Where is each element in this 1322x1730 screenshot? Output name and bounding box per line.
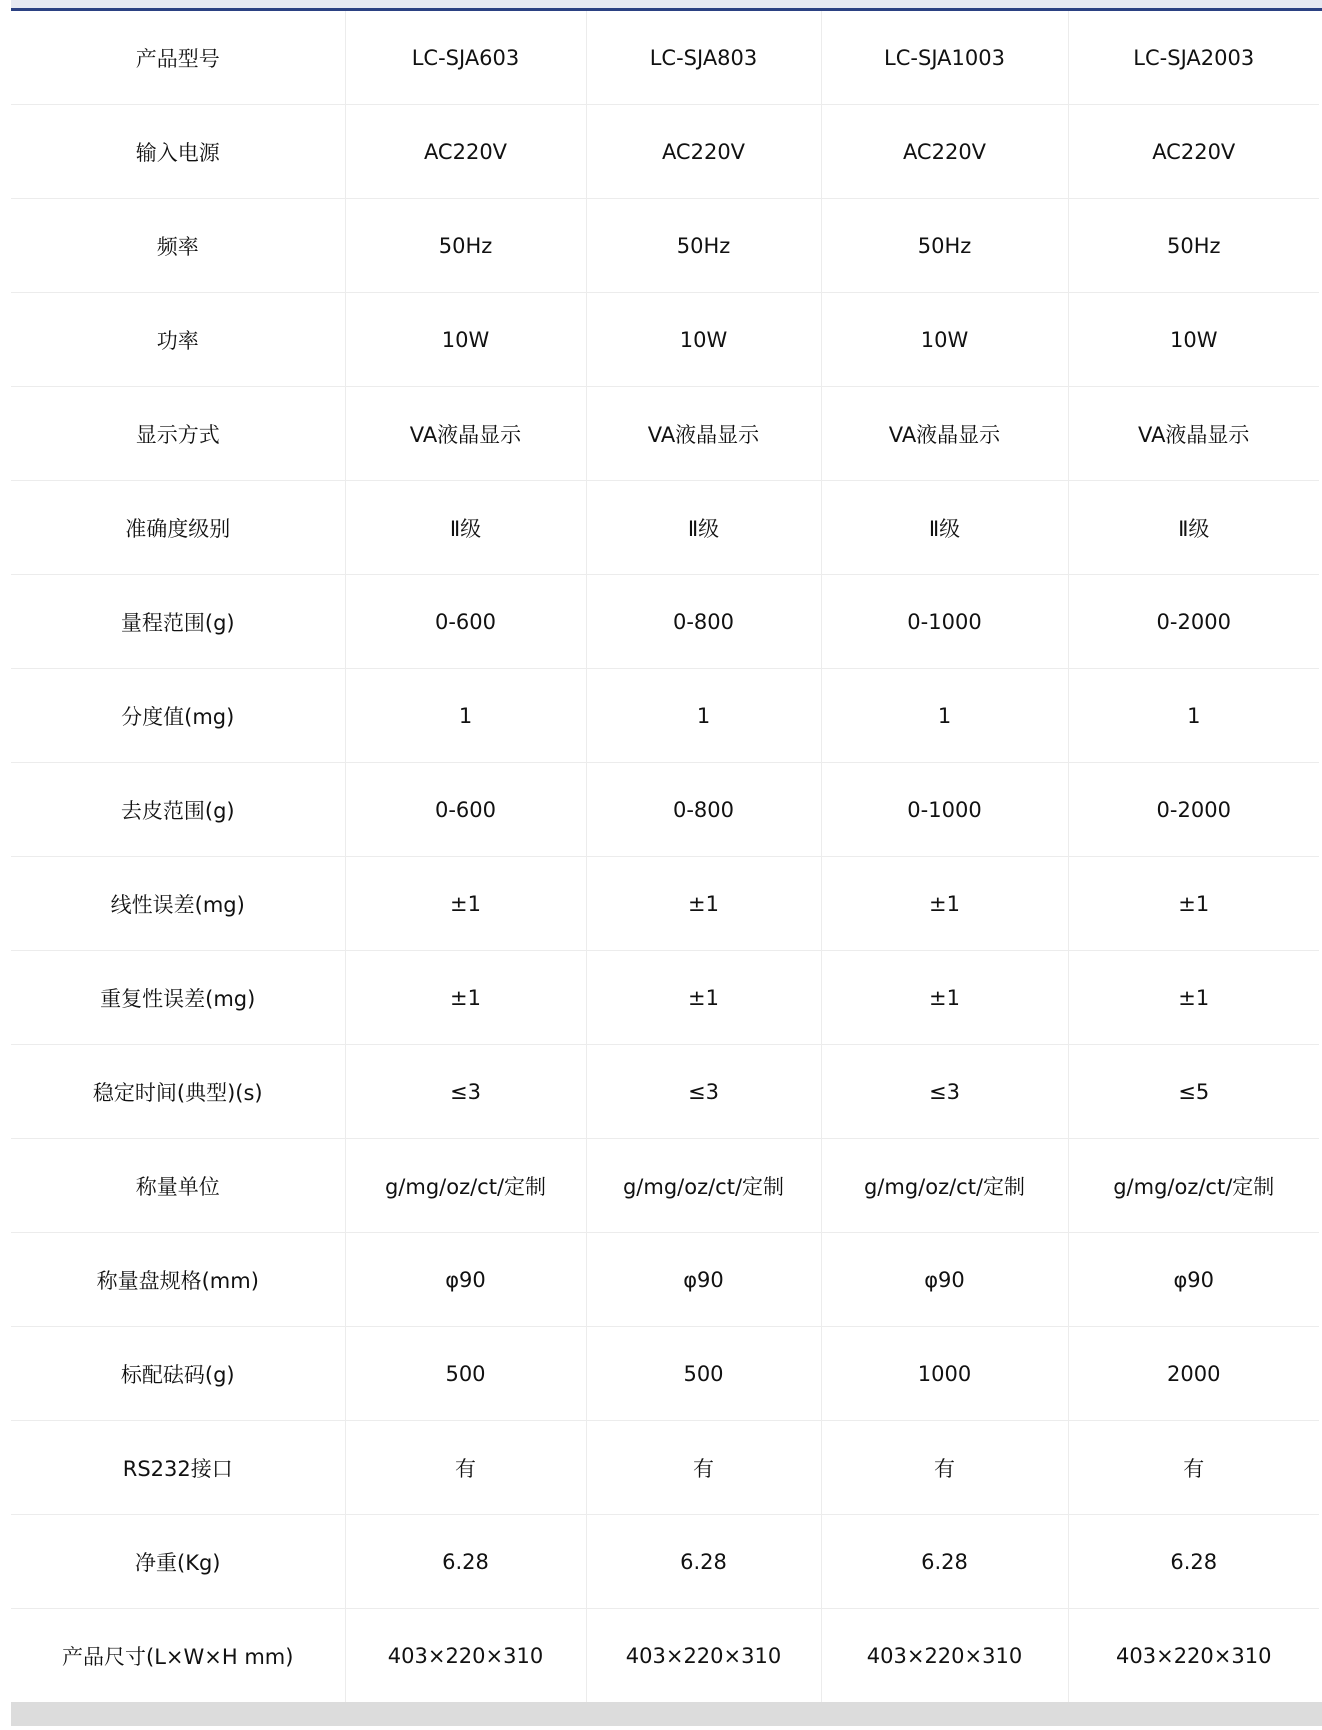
table-cell: g/mg/oz/ct/定制 [1068,1139,1319,1233]
table-cell: 0-800 [586,575,821,669]
table-cell: ±1 [1068,857,1319,951]
table-cell: LC-SJA1003 [821,11,1068,105]
table-cell: 6.28 [1068,1515,1319,1609]
row-label: 称量盘规格(mm) [11,1233,345,1327]
table-row: 显示方式VA液晶显示VA液晶显示VA液晶显示VA液晶显示 [11,387,1319,481]
row-label: 量程范围(g) [11,575,345,669]
table-cell: 403×220×310 [586,1609,821,1703]
row-label: 称量单位 [11,1139,345,1233]
table-cell: φ90 [586,1233,821,1327]
row-label: 重复性误差(mg) [11,951,345,1045]
table-cell: 有 [1068,1421,1319,1515]
table-cell: 500 [345,1327,586,1421]
table-cell: ±1 [345,951,586,1045]
table-cell: 10W [821,293,1068,387]
row-label: 净重(Kg) [11,1515,345,1609]
table-cell: 0-1000 [821,575,1068,669]
table-cell: 1000 [821,1327,1068,1421]
row-label: 产品尺寸(L×W×H mm) [11,1609,345,1703]
table-cell: 2000 [1068,1327,1319,1421]
table-row: 稳定时间(典型)(s)≤3≤3≤3≤5 [11,1045,1319,1139]
row-label: 去皮范围(g) [11,763,345,857]
table-cell: g/mg/oz/ct/定制 [821,1139,1068,1233]
table-cell: 6.28 [345,1515,586,1609]
row-label: 频率 [11,199,345,293]
spec-table-body: 产品型号LC-SJA603LC-SJA803LC-SJA1003LC-SJA20… [11,11,1319,1703]
table-cell: 50Hz [1068,199,1319,293]
row-label: RS232接口 [11,1421,345,1515]
bottom-bar [11,1702,1322,1726]
spec-table: 产品型号LC-SJA603LC-SJA803LC-SJA1003LC-SJA20… [11,11,1319,1703]
table-cell: 6.28 [586,1515,821,1609]
table-cell: Ⅱ级 [345,481,586,575]
table-row: 重复性误差(mg)±1±1±1±1 [11,951,1319,1045]
row-label: 准确度级别 [11,481,345,575]
table-cell: LC-SJA2003 [1068,11,1319,105]
table-cell: 0-600 [345,575,586,669]
table-cell: 10W [586,293,821,387]
table-cell: Ⅱ级 [821,481,1068,575]
table-cell: AC220V [345,105,586,199]
table-row: 净重(Kg)6.286.286.286.28 [11,1515,1319,1609]
table-cell: VA液晶显示 [586,387,821,481]
table-cell: 有 [586,1421,821,1515]
row-label: 稳定时间(典型)(s) [11,1045,345,1139]
table-row: 准确度级别Ⅱ级Ⅱ级Ⅱ级Ⅱ级 [11,481,1319,575]
table-cell: 50Hz [821,199,1068,293]
table-cell: ±1 [586,857,821,951]
table-cell: 403×220×310 [821,1609,1068,1703]
table-cell: ≤3 [586,1045,821,1139]
row-label: 显示方式 [11,387,345,481]
table-cell: LC-SJA803 [586,11,821,105]
table-cell: 0-1000 [821,763,1068,857]
row-label: 产品型号 [11,11,345,105]
table-row: 称量单位g/mg/oz/ct/定制g/mg/oz/ct/定制g/mg/oz/ct… [11,1139,1319,1233]
row-label: 线性误差(mg) [11,857,345,951]
table-cell: ±1 [1068,951,1319,1045]
table-cell: 1 [821,669,1068,763]
table-cell: φ90 [821,1233,1068,1327]
table-row: 功率10W10W10W10W [11,293,1319,387]
table-cell: φ90 [345,1233,586,1327]
table-cell: AC220V [586,105,821,199]
table-cell: 1 [345,669,586,763]
table-cell: φ90 [1068,1233,1319,1327]
table-cell: 6.28 [821,1515,1068,1609]
top-band [11,0,1322,8]
table-row: 称量盘规格(mm)φ90φ90φ90φ90 [11,1233,1319,1327]
table-cell: 10W [1068,293,1319,387]
table-cell: 0-2000 [1068,575,1319,669]
table-row: 分度值(mg)1111 [11,669,1319,763]
table-row: 产品型号LC-SJA603LC-SJA803LC-SJA1003LC-SJA20… [11,11,1319,105]
table-row: RS232接口有有有有 [11,1421,1319,1515]
table-cell: 500 [586,1327,821,1421]
row-label: 分度值(mg) [11,669,345,763]
table-cell: 10W [345,293,586,387]
table-cell: 1 [1068,669,1319,763]
table-cell: ≤3 [821,1045,1068,1139]
table-cell: Ⅱ级 [1068,481,1319,575]
table-row: 线性误差(mg)±1±1±1±1 [11,857,1319,951]
table-cell: 403×220×310 [345,1609,586,1703]
table-cell: 0-2000 [1068,763,1319,857]
table-cell: g/mg/oz/ct/定制 [586,1139,821,1233]
table-cell: g/mg/oz/ct/定制 [345,1139,586,1233]
table-cell: VA液晶显示 [1068,387,1319,481]
table-row: 输入电源AC220VAC220VAC220VAC220V [11,105,1319,199]
table-row: 量程范围(g)0-6000-8000-10000-2000 [11,575,1319,669]
table-cell: VA液晶显示 [345,387,586,481]
table-cell: LC-SJA603 [345,11,586,105]
table-cell: ±1 [821,857,1068,951]
table-cell: ±1 [345,857,586,951]
table-cell: AC220V [1068,105,1319,199]
table-cell: 有 [345,1421,586,1515]
table-cell: 0-600 [345,763,586,857]
table-cell: 1 [586,669,821,763]
table-cell: 50Hz [345,199,586,293]
table-cell: ≤5 [1068,1045,1319,1139]
table-cell: 50Hz [586,199,821,293]
table-row: 产品尺寸(L×W×H mm)403×220×310403×220×310403×… [11,1609,1319,1703]
table-cell: ±1 [821,951,1068,1045]
row-label: 功率 [11,293,345,387]
table-cell: ≤3 [345,1045,586,1139]
table-cell: ±1 [586,951,821,1045]
table-cell: VA液晶显示 [821,387,1068,481]
table-cell: 403×220×310 [1068,1609,1319,1703]
table-row: 标配砝码(g)50050010002000 [11,1327,1319,1421]
row-label: 输入电源 [11,105,345,199]
table-row: 频率50Hz50Hz50Hz50Hz [11,199,1319,293]
table-cell: AC220V [821,105,1068,199]
table-cell: 0-800 [586,763,821,857]
table-cell: 有 [821,1421,1068,1515]
table-cell: Ⅱ级 [586,481,821,575]
row-label: 标配砝码(g) [11,1327,345,1421]
table-row: 去皮范围(g)0-6000-8000-10000-2000 [11,763,1319,857]
